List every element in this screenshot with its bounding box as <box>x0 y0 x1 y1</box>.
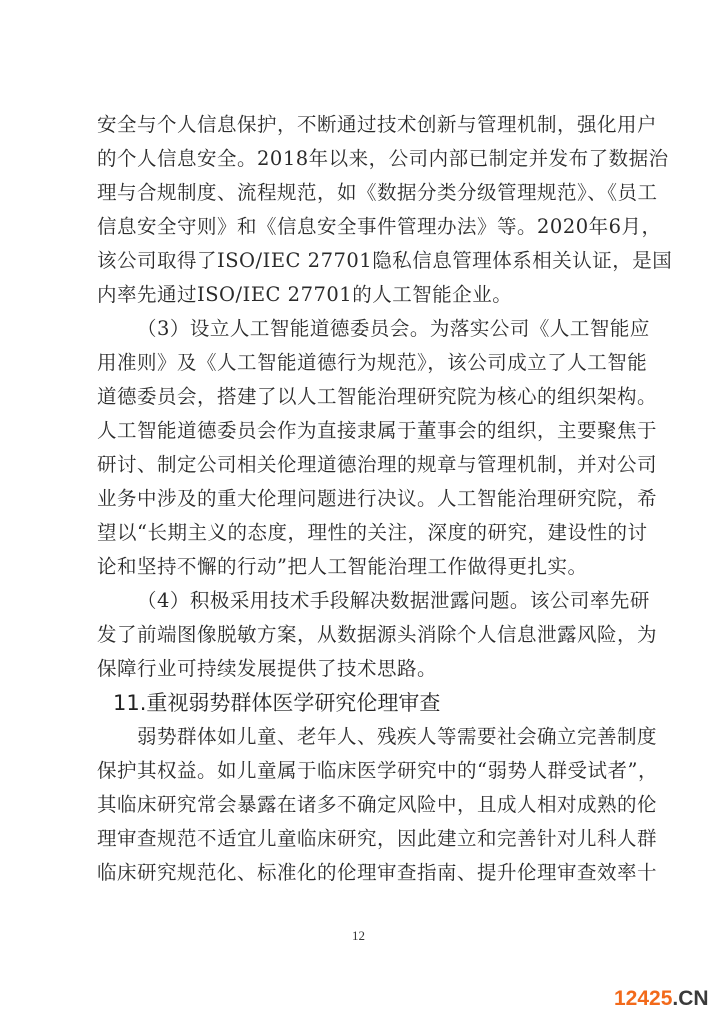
text-line: 其临床研究常会暴露在诸多不确定风险中，且成人相对成熟的伦 <box>97 788 631 822</box>
watermark-number: 12425 <box>614 987 672 1010</box>
text-line: 安全与个人信息保护，不断通过技术创新与管理机制，强化用户 <box>97 108 631 142</box>
text-line: 的个人信息安全。2018年以来，公司内部已制定并发布了数据治 <box>97 142 631 176</box>
text-line: 该公司取得了ISO/IEC 27701隐私信息管理体系相关认证，是国 <box>97 244 631 278</box>
text-line: 道德委员会，搭建了以人工智能治理研究院为核心的组织架构。 <box>97 380 631 414</box>
text-line: 望以“长期主义的态度，理性的关注，深度的研究，建设性的讨 <box>97 516 631 550</box>
text-line: 论和坚持不懈的行动”把人工智能治理工作做得更扎实。 <box>97 550 631 584</box>
page-number: 12 <box>352 928 365 944</box>
text-line: 保障行业可持续发展提供了技术思路。 <box>97 652 631 686</box>
text-line: 发了前端图像脱敏方案，从数据源头消除个人信息泄露风险，为 <box>97 618 631 652</box>
text-line: 理审查规范不适宜儿童临床研究，因此建立和完善针对儿科人群 <box>97 822 631 856</box>
text-line: 业务中涉及的重大伦理问题进行决议。人工智能治理研究院，希 <box>97 482 631 516</box>
watermark-tld: .CN <box>672 987 708 1010</box>
document-page: 安全与个人信息保护，不断通过技术创新与管理机制，强化用户 的个人信息安全。201… <box>0 0 720 1018</box>
text-line: 研讨、制定公司相关伦理道德治理的规章与管理机制，并对公司 <box>97 448 631 482</box>
site-watermark: 12425.CN <box>614 987 709 1011</box>
text-line: （3）设立人工智能道德委员会。为落实公司《人工智能应 <box>97 312 631 346</box>
text-line: 保护其权益。如儿童属于临床医学研究中的“弱势人群受试者”， <box>97 754 631 788</box>
paragraph-ethics-committee: （3）设立人工智能道德委员会。为落实公司《人工智能应 用准则》及《人工智能道德行… <box>97 312 631 584</box>
text-line: 信息安全守则》和《信息安全事件管理办法》等。2020年6月， <box>97 210 631 244</box>
text-line: 弱势群体如儿童、老年人、残疾人等需要社会确立完善制度 <box>97 720 631 754</box>
paragraph-data-leak: （4）积极采用技术手段解决数据泄露问题。该公司率先研 发了前端图像脱敏方案，从数… <box>97 584 631 686</box>
document-body: 安全与个人信息保护，不断通过技术创新与管理机制，强化用户 的个人信息安全。201… <box>97 108 631 890</box>
paragraph-vulnerable-groups: 弱势群体如儿童、老年人、残疾人等需要社会确立完善制度 保护其权益。如儿童属于临床… <box>97 720 631 890</box>
paragraph-privacy-protection: 安全与个人信息保护，不断通过技术创新与管理机制，强化用户 的个人信息安全。201… <box>97 108 631 312</box>
text-line: 用准则》及《人工智能道德行为规范》，该公司成立了人工智能 <box>97 346 631 380</box>
text-line: 临床研究规范化、标准化的伦理审查指南、提升伦理审查效率十 <box>97 856 631 890</box>
text-line: 理与合规制度、流程规范，如《数据分类分级管理规范》、《员工 <box>97 176 631 210</box>
text-line: 内率先通过ISO/IEC 27701的人工智能企业。 <box>97 278 631 312</box>
text-line: 人工智能道德委员会作为直接隶属于董事会的组织，主要聚焦于 <box>97 414 631 448</box>
section-heading: 11.重视弱势群体医学研究伦理审查 <box>97 686 631 720</box>
text-line: （4）积极采用技术手段解决数据泄露问题。该公司率先研 <box>97 584 631 618</box>
